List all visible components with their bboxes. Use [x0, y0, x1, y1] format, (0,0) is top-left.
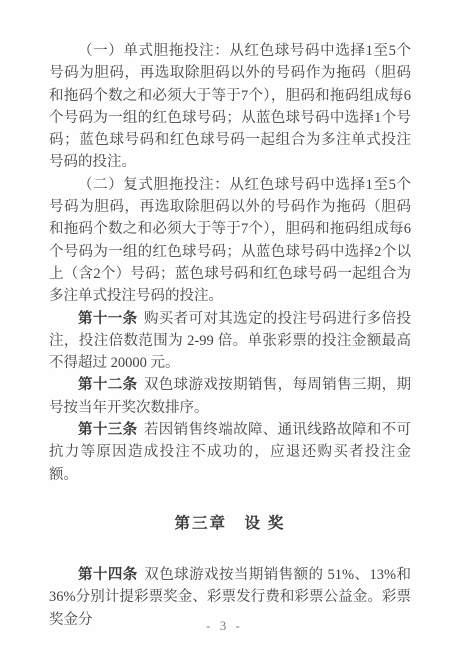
document-page: （一）单式胆拖投注：从红色球号码中选择1至5个号码为胆码，再选取除胆码以外的号码…: [0, 0, 449, 660]
page-number: - 3 -: [0, 618, 449, 634]
clause-paragraph-article-12: 第十二条双色球游戏按期销售，每周销售三期，期号按当年开奖次数排序。: [49, 374, 411, 419]
clause-label: 第十一条: [78, 311, 137, 327]
clause-paragraph-fushi-dantuo: （二）复式胆拖投注：从红色球号码中选择1至5个号码为胆码，再选取除胆码以外的号码…: [49, 174, 411, 308]
clause-label: 第十四条: [78, 567, 138, 583]
paragraph-text: （一）单式胆拖投注：从红色球号码中选择1至5个号码为胆码，再选取除胆码以外的号码…: [49, 43, 411, 170]
clause-paragraph-article-13: 第十三条若因销售终端故障、通讯线路故障和不可抗力等原因造成投注不成功的，应退还购…: [49, 419, 411, 486]
clause-label: 第十三条: [78, 422, 137, 438]
clause-paragraph-article-11: 第十一条购买者可对其选定的投注号码进行多倍投注，投注倍数范围为 2-99 倍。单…: [49, 308, 411, 375]
clause-label: 第十二条: [78, 377, 137, 393]
document-content: （一）单式胆拖投注：从红色球号码中选择1至5个号码为胆码，再选取除胆码以外的号码…: [49, 40, 411, 631]
clause-paragraph-danshi-dantuo: （一）单式胆拖投注：从红色球号码中选择1至5个号码为胆码，再选取除胆码以外的号码…: [49, 40, 411, 174]
chapter-heading: 第三章 设 奖: [49, 513, 411, 535]
paragraph-text: （二）复式胆拖投注：从红色球号码中选择1至5个号码为胆码，再选取除胆码以外的号码…: [49, 177, 411, 304]
